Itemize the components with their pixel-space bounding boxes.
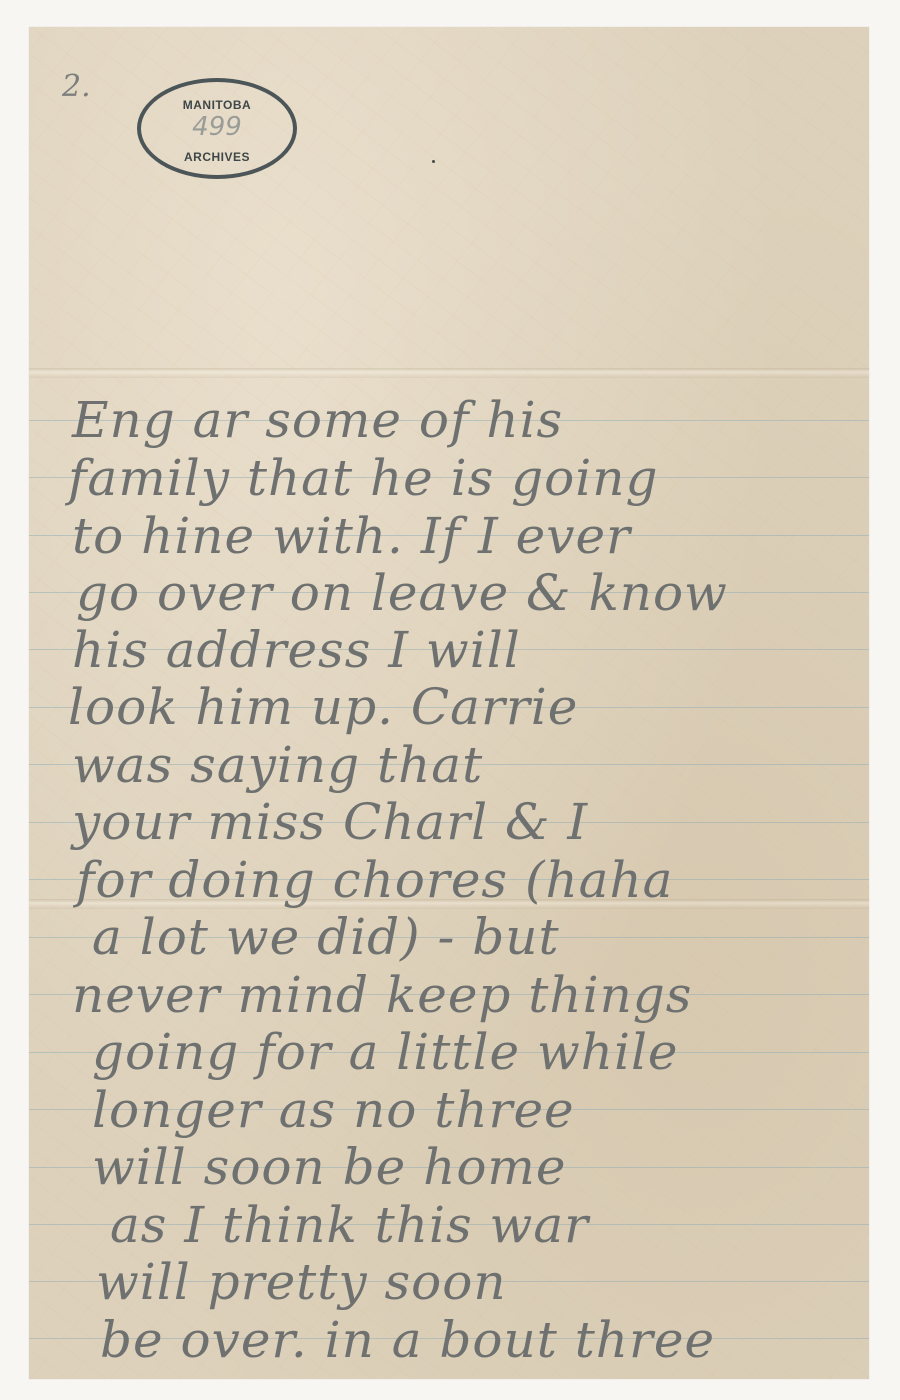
handwritten-line: was saying that (72, 740, 900, 790)
handwritten-line: Eng ar some of his (72, 395, 900, 445)
handwritten-line: look him up. Carrie (68, 682, 900, 732)
handwritten-line: going for a little while (92, 1027, 900, 1077)
handwritten-line: will soon be home (92, 1142, 900, 1192)
handwritten-line: for doing chores (haha (76, 855, 900, 905)
handwritten-line: be over. in a bout three (100, 1315, 900, 1365)
letter-page: 2. MANITOBA 499 ARCHIVES Eng ar some of … (29, 27, 869, 1379)
handwritten-line: go over on leave & know (76, 568, 900, 618)
handwritten-line: longer as no three (92, 1085, 900, 1135)
handwritten-line: your miss Charl & I (72, 797, 900, 847)
handwritten-line: family that he is going (68, 453, 900, 503)
handwritten-line: a lot we did) - but (92, 912, 900, 962)
handwritten-line: his address I will (72, 625, 900, 675)
handwritten-line: never mind keep things (72, 970, 900, 1020)
handwritten-line: as I think this war (110, 1200, 900, 1250)
handwritten-body: Eng ar some of his family that he is goi… (29, 27, 869, 1379)
handwritten-line: to hine with. If I ever (72, 511, 900, 561)
handwritten-line: will pretty soon (96, 1257, 900, 1307)
